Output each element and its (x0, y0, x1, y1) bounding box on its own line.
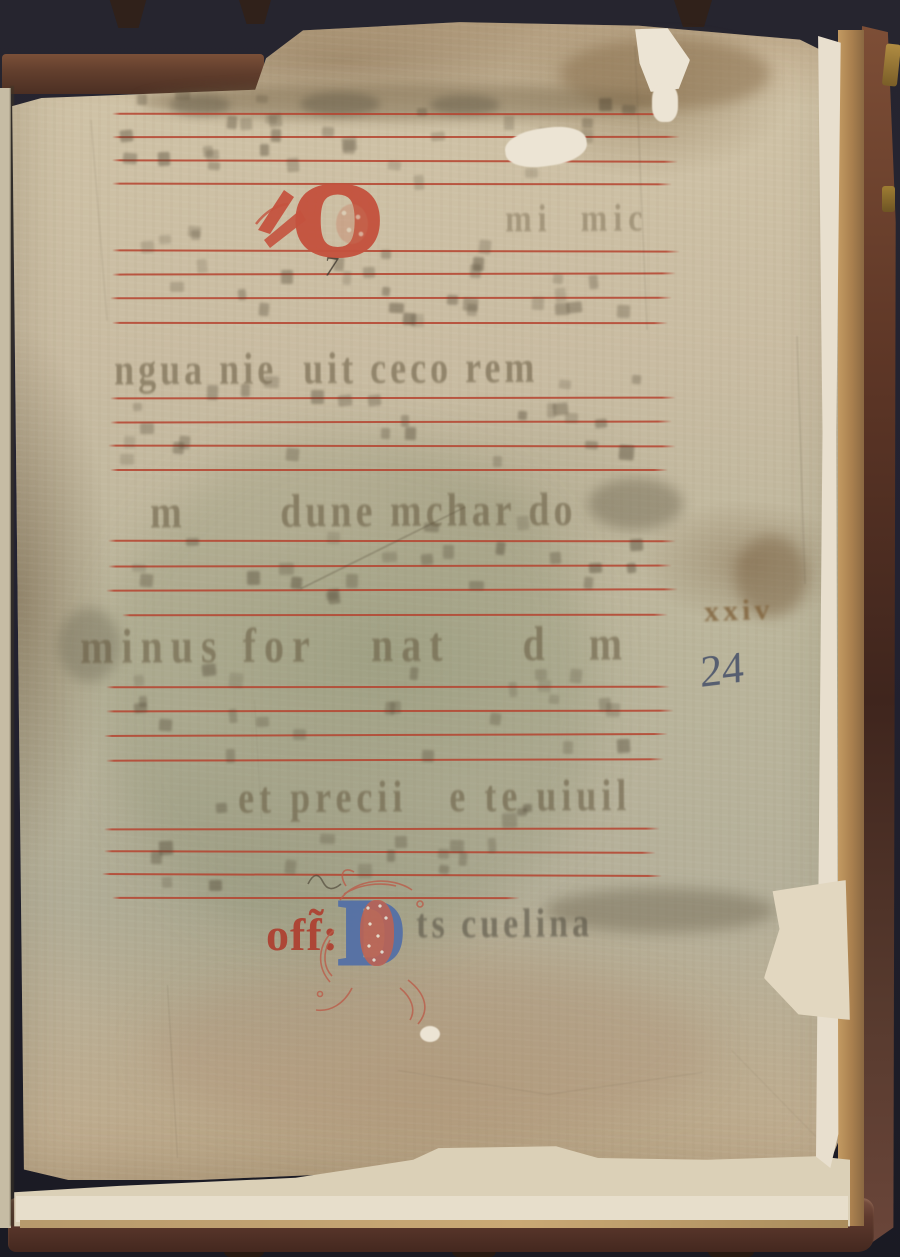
binding-knob (234, 0, 276, 24)
illuminated-initial-D: D (330, 884, 450, 1024)
faded-lyric-line: mi mic (505, 195, 648, 241)
binding-knob (104, 0, 152, 28)
faded-lyric-line: et precii e te uiuil (238, 769, 631, 823)
page-edges-right (838, 30, 864, 1226)
photograph-of-manuscript: mi mic ngua nie uit ceco rem m dune mcha… (0, 0, 900, 1257)
page-edges-bottom (16, 1196, 848, 1222)
initial-d-flourish-icon (300, 870, 470, 1030)
clasp-remnant (882, 43, 900, 86)
stain (588, 478, 683, 530)
folio-number-roman: xxiv (703, 593, 773, 629)
gutter-seam (10, 86, 14, 1226)
damage-patch (652, 84, 678, 122)
binding-knob (668, 0, 718, 27)
initial-o-ornament (336, 204, 368, 244)
stain (430, 95, 500, 115)
page-edges-bottom-tan (20, 1220, 848, 1228)
folio-number-pencil: 24 (700, 641, 745, 698)
initial-o-flourish-icon (252, 184, 322, 254)
clasp-remnant (882, 186, 895, 212)
faded-lyric-line: minus for nat d m (80, 614, 630, 675)
faded-lyric-line: ngua nie uit ceco rem (114, 341, 539, 395)
faded-lyric-line: m dune mchar do (150, 483, 577, 539)
illuminated-initial-O: O (252, 176, 412, 292)
